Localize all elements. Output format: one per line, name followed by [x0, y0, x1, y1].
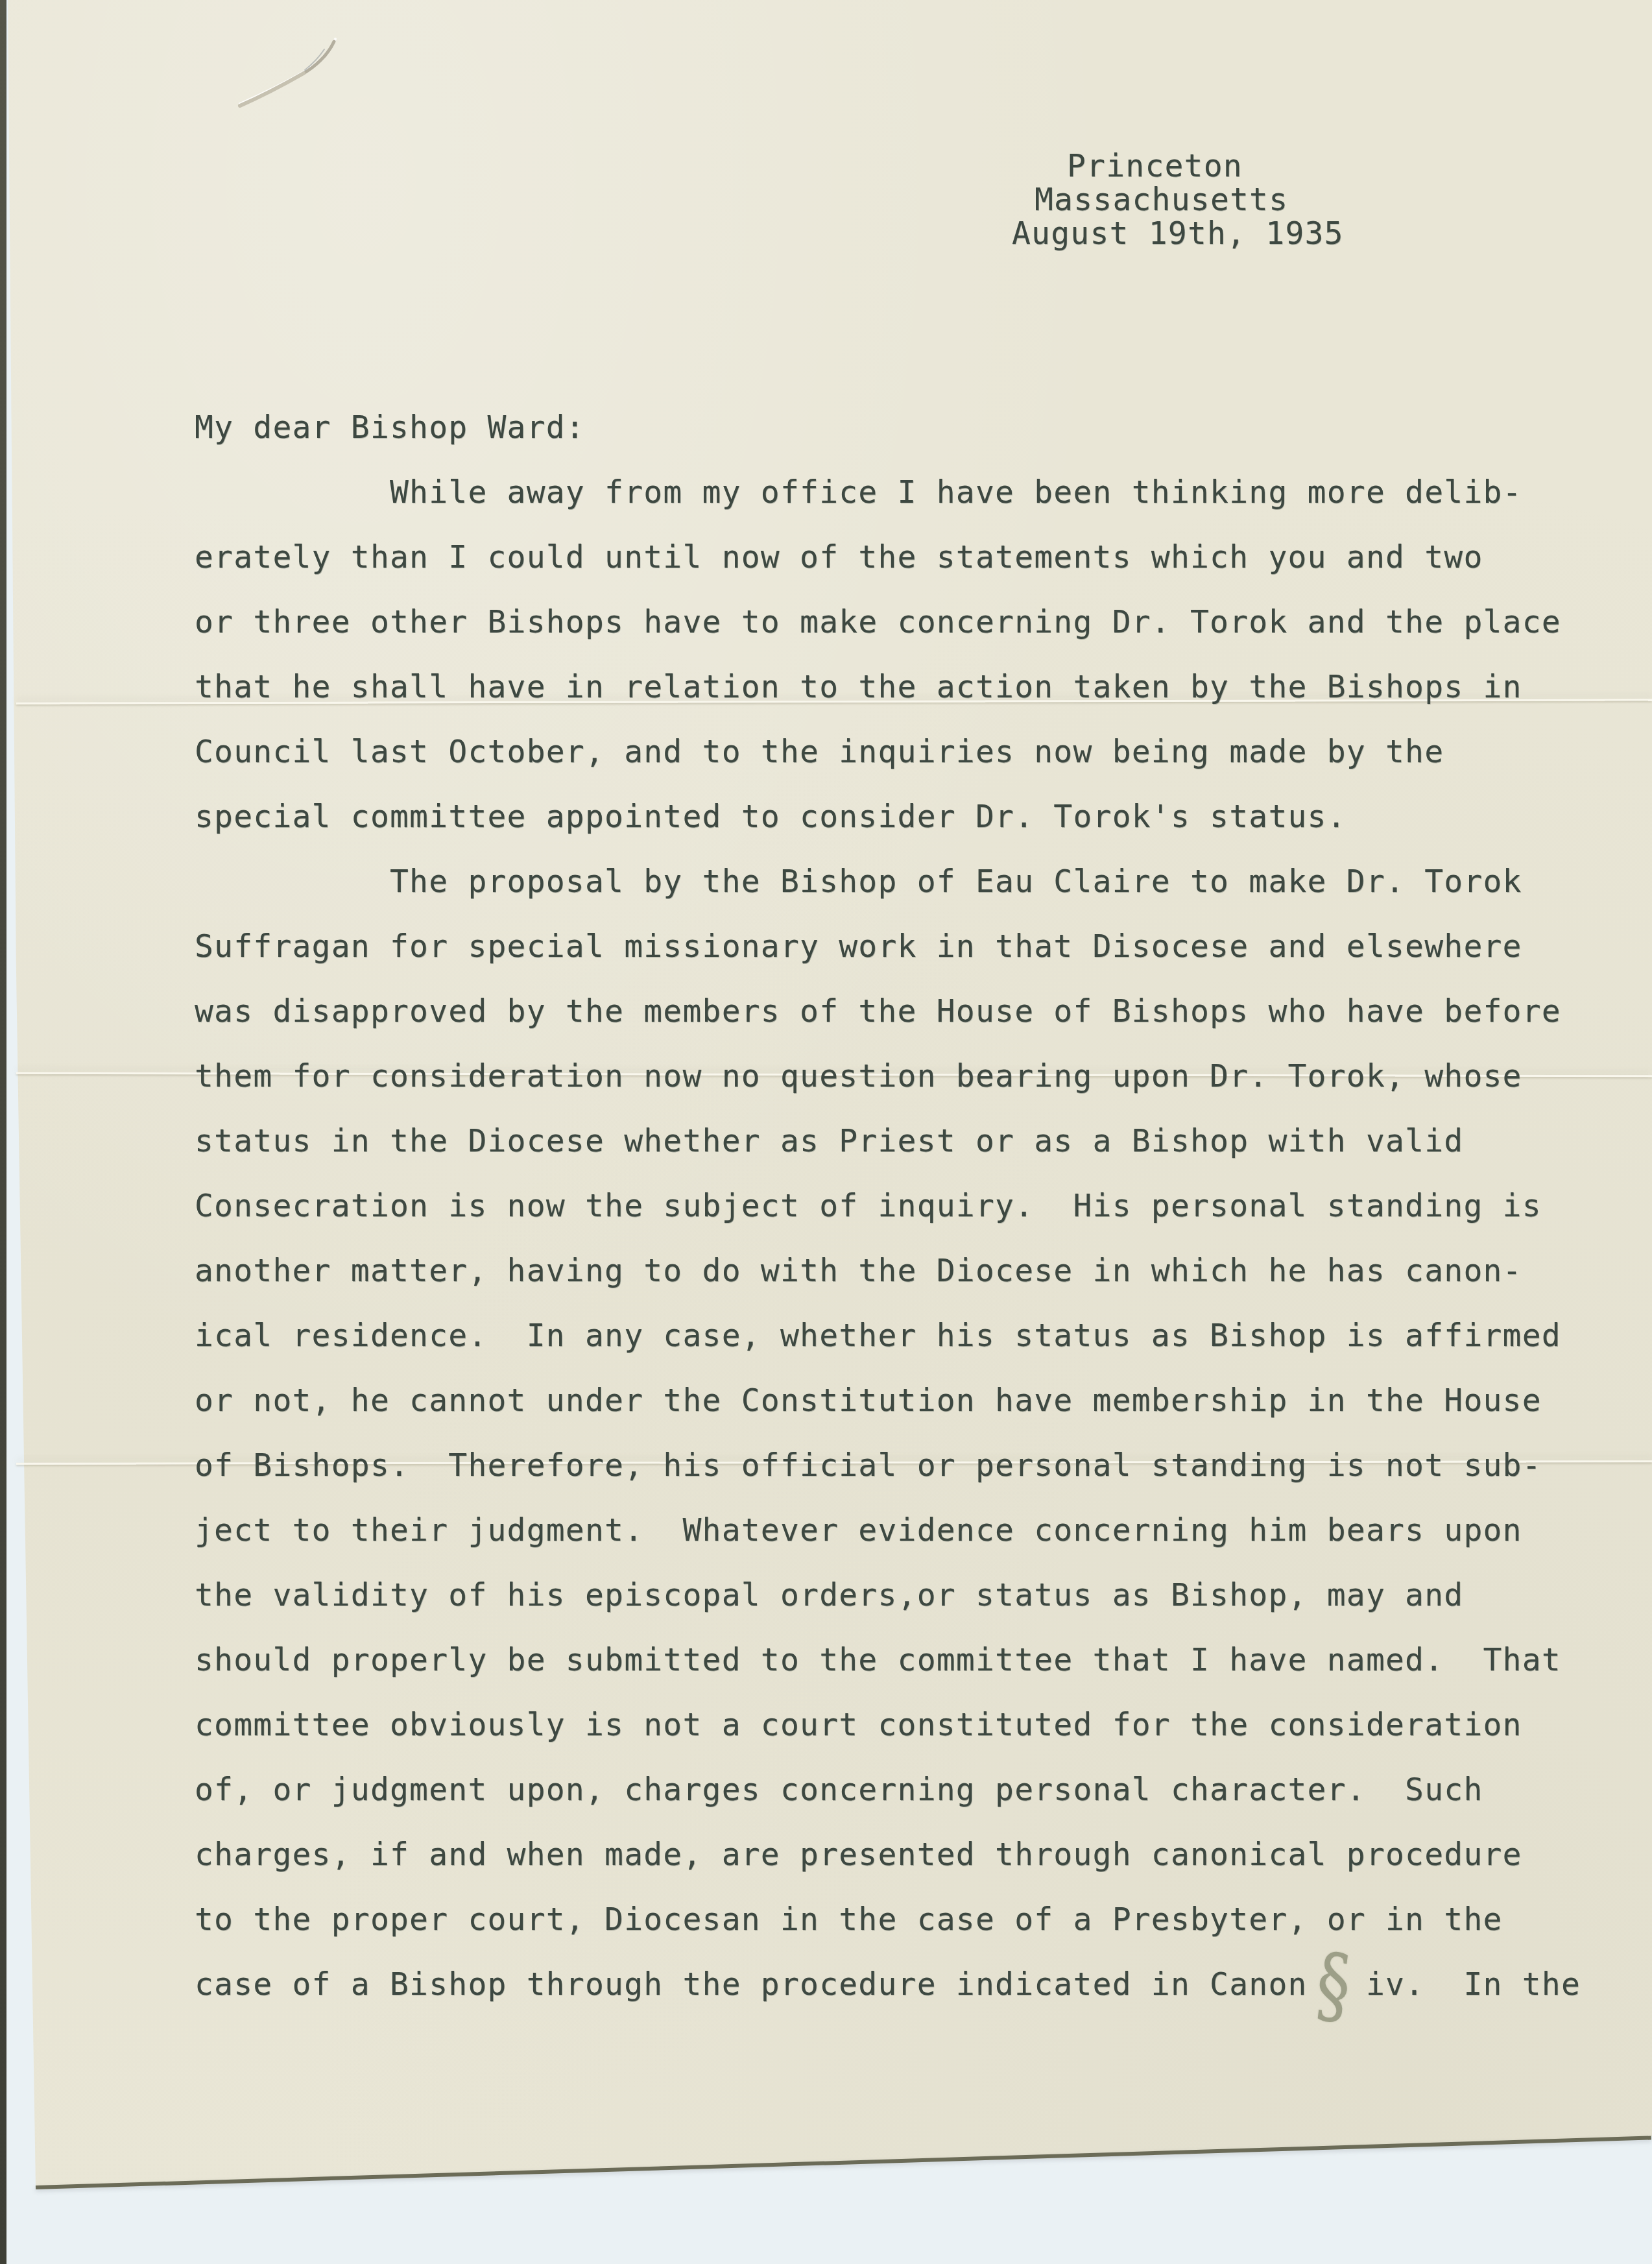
salutation: My dear Bishop Ward:	[195, 395, 585, 460]
letter-line: of, or judgment upon, charges concerning…	[195, 1757, 1581, 1822]
letter-line: charges, if and when made, are presented…	[195, 1822, 1581, 1887]
letter-line: Council last October, and to the inquiri…	[195, 719, 1581, 784]
letter-line: Consecration is now the subject of inqui…	[195, 1174, 1581, 1238]
letter-line: erately than I could until now of the st…	[195, 525, 1581, 590]
letter-line: While away from my office I have been th…	[195, 460, 1581, 525]
letter-line: the validity of his episcopal orders,or …	[195, 1563, 1581, 1628]
letter-line: ject to their judgment. Whatever evidenc…	[195, 1498, 1581, 1563]
letter-body: While away from my office I have been th…	[195, 460, 1581, 2017]
letter-line: another matter, having to do with the Di…	[195, 1238, 1581, 1303]
heading-date: August 19th, 1935	[1012, 217, 1344, 250]
letter-line: committee obviously is not a court const…	[195, 1692, 1581, 1757]
letter-line: status in the Diocese whether as Priest …	[195, 1109, 1581, 1174]
scanned-letter: Princeton Massachusetts August 19th, 193…	[0, 0, 1652, 2264]
letter-line: case of a Bishop through the procedure i…	[195, 1952, 1581, 2017]
letter-line: ical residence. In any case, whether his…	[195, 1303, 1581, 1368]
letter-line: of Bishops. Therefore, his official or p…	[195, 1433, 1581, 1498]
letter-line: should properly be submitted to the comm…	[195, 1628, 1581, 1692]
heading-place: Princeton	[1067, 149, 1243, 183]
paper-tear-mark	[208, 32, 363, 117]
letter-line: to the proper court, Diocesan in the cas…	[195, 1887, 1581, 1952]
letter-line: that he shall have in relation to the ac…	[195, 655, 1581, 719]
letter-line: special committee appointed to consider …	[195, 784, 1581, 849]
letter-line: or not, he cannot under the Constitution…	[195, 1368, 1581, 1433]
letter-line: The proposal by the Bishop of Eau Claire…	[195, 849, 1581, 914]
letter-line: or three other Bishops have to make conc…	[195, 590, 1581, 655]
heading-state: Massachusetts	[1035, 183, 1288, 217]
letter-line: Suffragan for special missionary work in…	[195, 914, 1581, 979]
letter-line: them for consideration now no question b…	[195, 1044, 1581, 1109]
scan-edge-strip	[0, 0, 6, 2264]
letter-line: was disapproved by the members of the Ho…	[195, 979, 1581, 1044]
